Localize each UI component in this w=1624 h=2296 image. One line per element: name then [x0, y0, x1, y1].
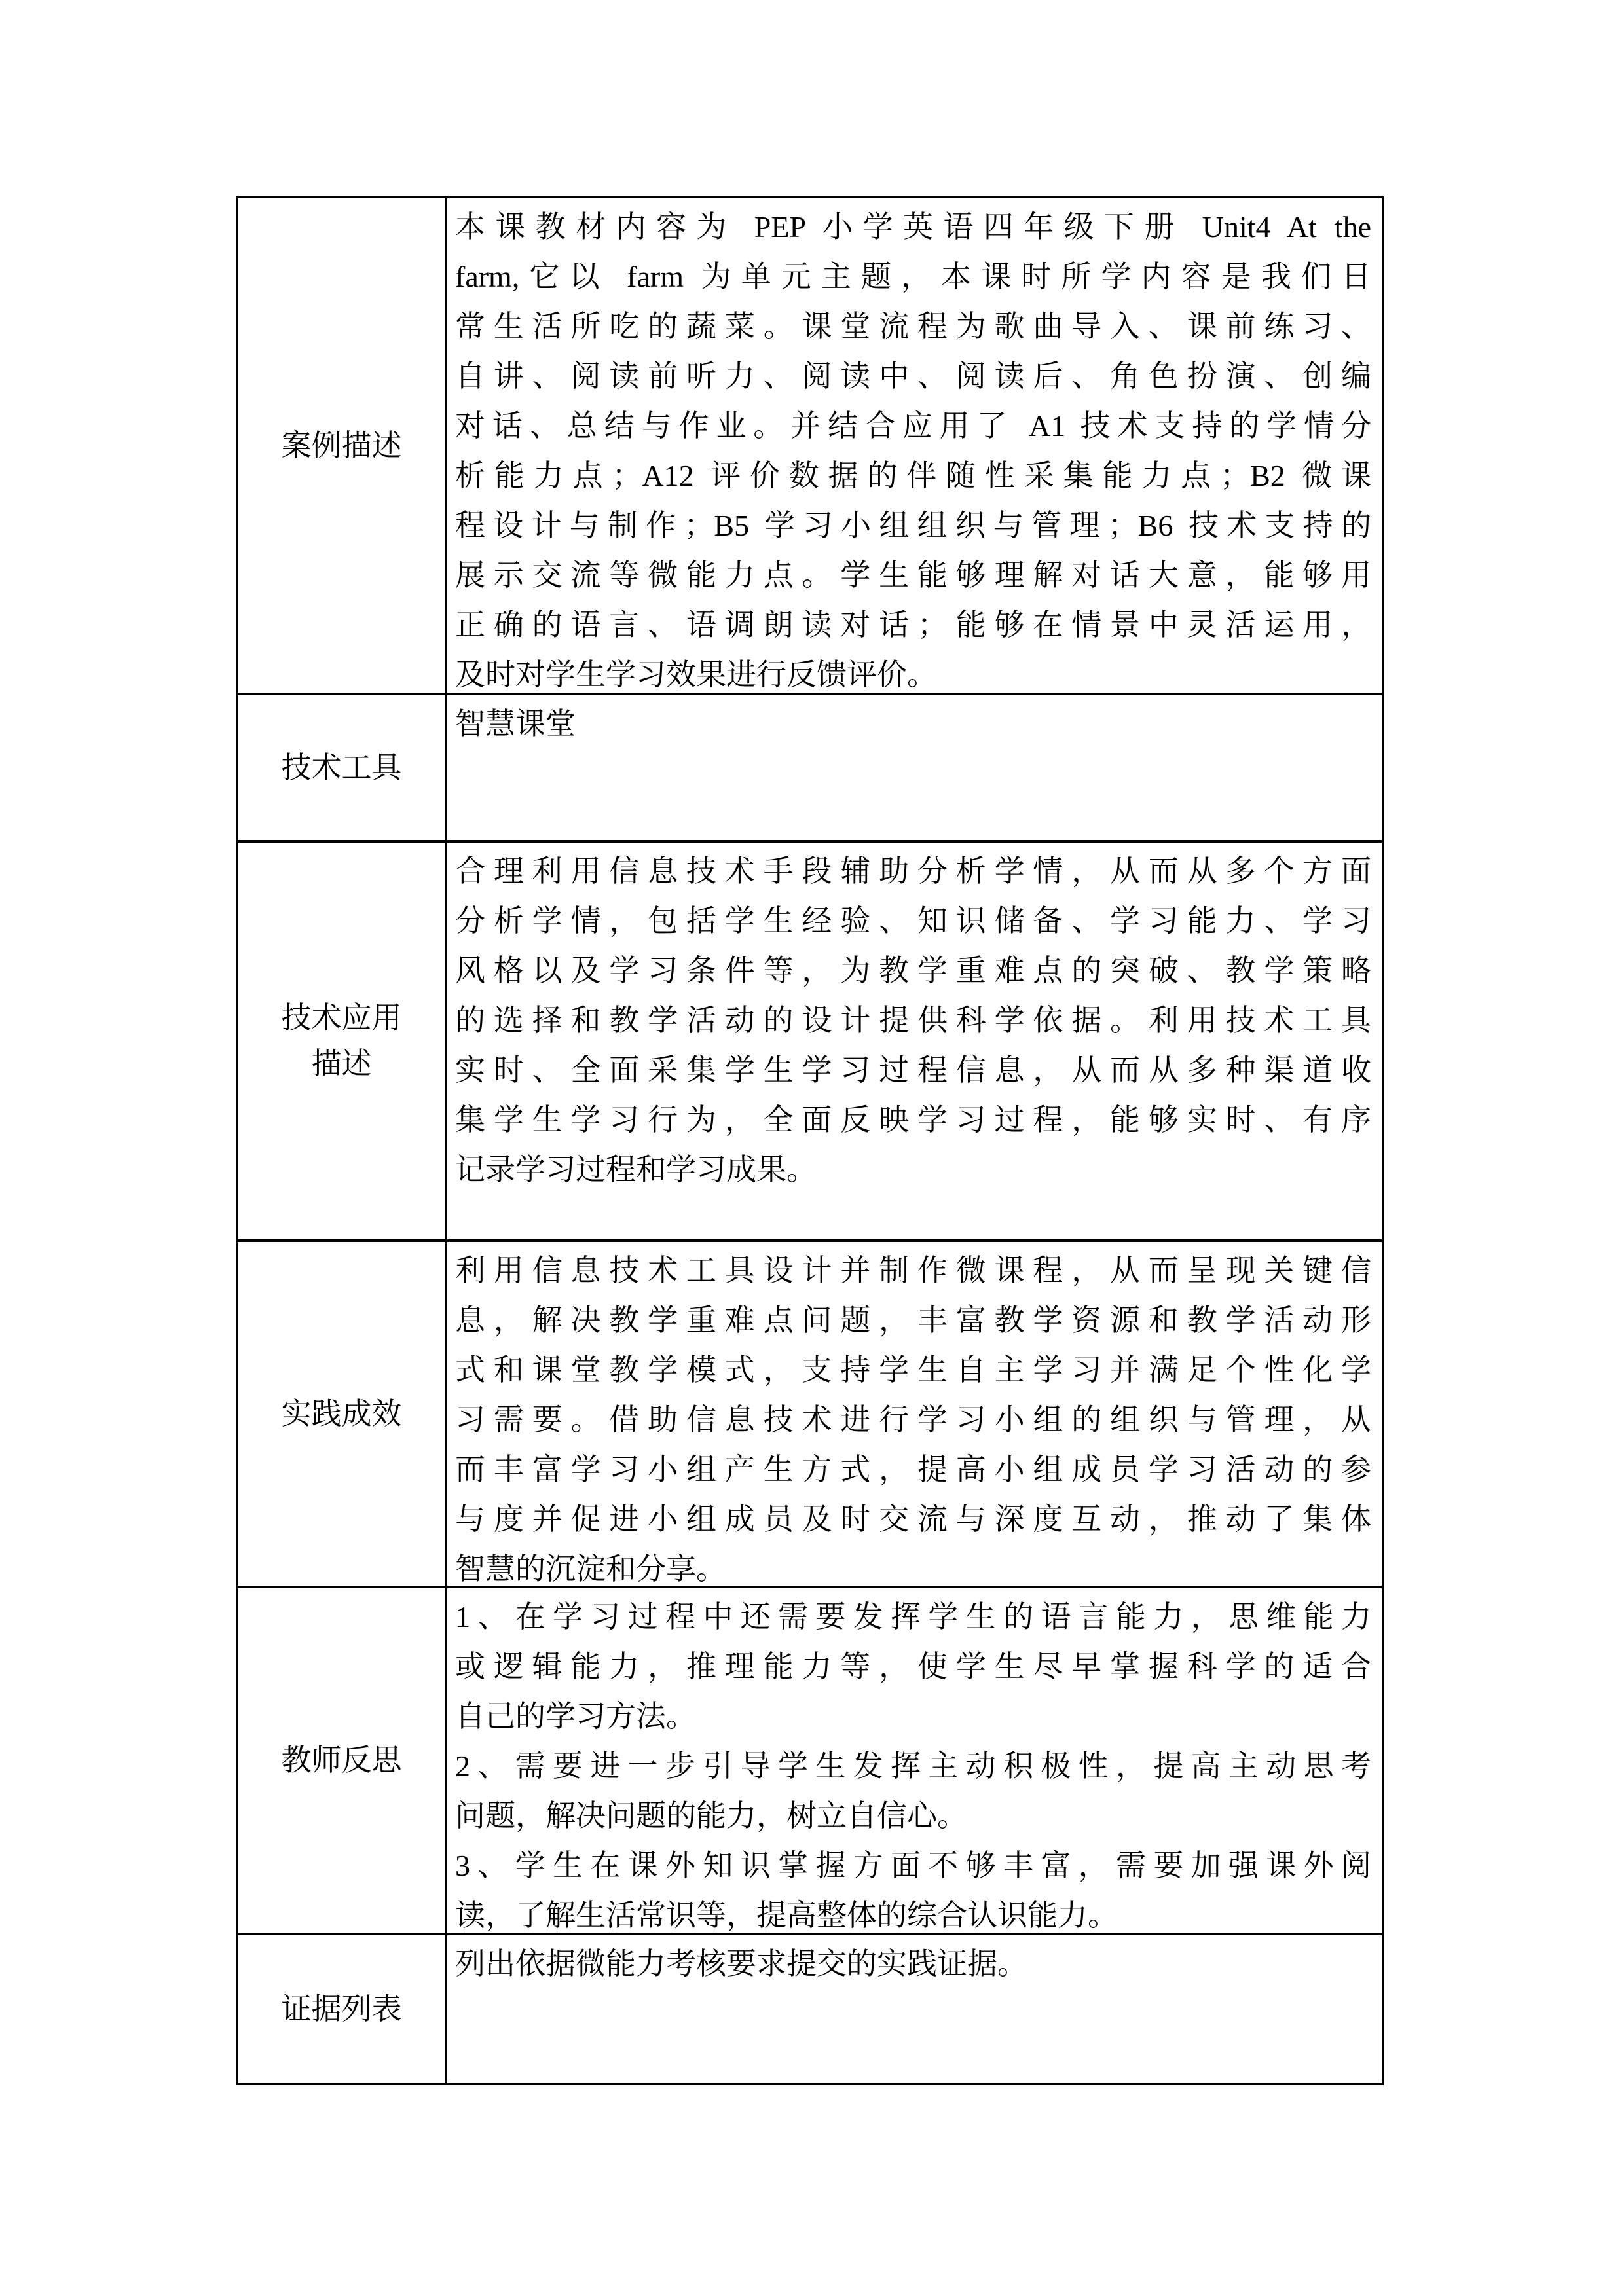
table-row: 技术工具智慧课堂 — [238, 695, 1382, 843]
row-label: 证据列表 — [238, 1935, 447, 2083]
text-line: 本课教材内容为 PEP 小学英语四年级下册 Unit4 At the — [455, 202, 1371, 252]
case-table: 案例描述本课教材内容为 PEP 小学英语四年级下册 Unit4 At thefa… — [236, 196, 1384, 2085]
text-line: 3、学生在课外知识掌握方面不够丰富，需要加强课外阅 — [455, 1841, 1371, 1891]
text-line: 分析学情，包括学生经验、知识储备、学习能力、学习 — [455, 896, 1371, 946]
row-label: 案例描述 — [238, 198, 447, 693]
text-line: 自己的学习方法。 — [455, 1692, 1371, 1741]
text-line: 息，解决教学重难点问题，丰富教学资源和教学活动形 — [455, 1296, 1371, 1345]
row-content: 智慧课堂 — [447, 695, 1382, 840]
row-content: 列出依据微能力考核要求提交的实践证据。 — [447, 1935, 1382, 2083]
text-line: 对话、总结与作业。并结合应用了 A1 技术支持的学情分 — [455, 401, 1371, 451]
text-line: 或逻辑能力，推理能力等，使学生尽早掌握科学的适合 — [455, 1642, 1371, 1692]
text-line: 程设计与制作；B5 学习小组组织与管理；B6 技术支持的 — [455, 501, 1371, 551]
text-line: 问题，解决问题的能力，树立自信心。 — [455, 1791, 1371, 1841]
row-content: 本课教材内容为 PEP 小学英语四年级下册 Unit4 At thefarm,它… — [447, 198, 1382, 693]
row-label: 教师反思 — [238, 1588, 447, 1933]
table-row: 技术应用 描述合理利用信息技术手段辅助分析学情，从而从多个方面分析学情，包括学生… — [238, 843, 1382, 1242]
row-label: 技术应用 描述 — [238, 843, 447, 1239]
text-line: 与度并促进小组成员及时交流与深度互动，推动了集体 — [455, 1495, 1371, 1544]
row-label: 技术工具 — [238, 695, 447, 840]
text-line: 展示交流等微能力点。学生能够理解对话大意，能够用 — [455, 551, 1371, 600]
text-line: 析能力点；A12 评价数据的伴随性采集能力点；B2 微课 — [455, 451, 1371, 501]
text-line: farm,它以 farm 为单元主题，本课时所学内容是我们日 — [455, 252, 1371, 302]
table-row: 案例描述本课教材内容为 PEP 小学英语四年级下册 Unit4 At thefa… — [238, 198, 1382, 695]
text-line: 常生活所吃的蔬菜。课堂流程为歌曲导入、课前练习、 — [455, 302, 1371, 352]
text-line: 智慧课堂 — [455, 699, 1371, 749]
text-line: 自讲、阅读前听力、阅读中、阅读后、角色扮演、创编 — [455, 352, 1371, 401]
text-line: 集学生学习行为，全面反映学习过程，能够实时、有序 — [455, 1095, 1371, 1145]
text-line: 式和课堂教学模式，支持学生自主学习并满足个性化学 — [455, 1345, 1371, 1395]
table-row: 教师反思1、在学习过程中还需要发挥学生的语言能力，思维能力或逻辑能力，推理能力等… — [238, 1588, 1382, 1935]
text-line: 而丰富学习小组产生方式，提高小组成员学习活动的参 — [455, 1445, 1371, 1495]
text-line: 列出依据微能力考核要求提交的实践证据。 — [455, 1939, 1371, 1989]
text-line: 利用信息技术工具设计并制作微课程，从而呈现关键信 — [455, 1246, 1371, 1296]
text-line: 风格以及学习条件等，为教学重难点的突破、教学策略 — [455, 946, 1371, 996]
text-line: 1、在学习过程中还需要发挥学生的语言能力，思维能力 — [455, 1592, 1371, 1642]
table-row: 实践成效利用信息技术工具设计并制作微课程，从而呈现关键信息，解决教学重难点问题，… — [238, 1242, 1382, 1588]
text-line: 智慧的沉淀和分享。 — [455, 1544, 1371, 1594]
text-line: 习需要。借助信息技术进行学习小组的组织与管理，从 — [455, 1395, 1371, 1445]
text-line: 实时、全面采集学生学习过程信息，从而从多种渠道收 — [455, 1046, 1371, 1095]
table-row: 证据列表列出依据微能力考核要求提交的实践证据。 — [238, 1935, 1382, 2083]
row-content: 合理利用信息技术手段辅助分析学情，从而从多个方面分析学情，包括学生经验、知识储备… — [447, 843, 1382, 1239]
text-line: 记录学习过程和学习成果。 — [455, 1145, 1371, 1195]
text-line: 的选择和教学活动的设计提供科学依据。利用技术工具 — [455, 996, 1371, 1046]
row-content: 利用信息技术工具设计并制作微课程，从而呈现关键信息，解决教学重难点问题，丰富教学… — [447, 1242, 1382, 1586]
text-line: 2、需要进一步引导学生发挥主动积极性，提高主动思考 — [455, 1741, 1371, 1791]
row-label: 实践成效 — [238, 1242, 447, 1586]
text-line: 及时对学生学习效果进行反馈评价。 — [455, 650, 1371, 700]
row-content: 1、在学习过程中还需要发挥学生的语言能力，思维能力或逻辑能力，推理能力等，使学生… — [447, 1588, 1382, 1933]
text-line: 读，了解生活常识等，提高整体的综合认识能力。 — [455, 1891, 1371, 1941]
text-line: 正确的语言、语调朗读对话；能够在情景中灵活运用， — [455, 600, 1371, 650]
text-line: 合理利用信息技术手段辅助分析学情，从而从多个方面 — [455, 847, 1371, 896]
